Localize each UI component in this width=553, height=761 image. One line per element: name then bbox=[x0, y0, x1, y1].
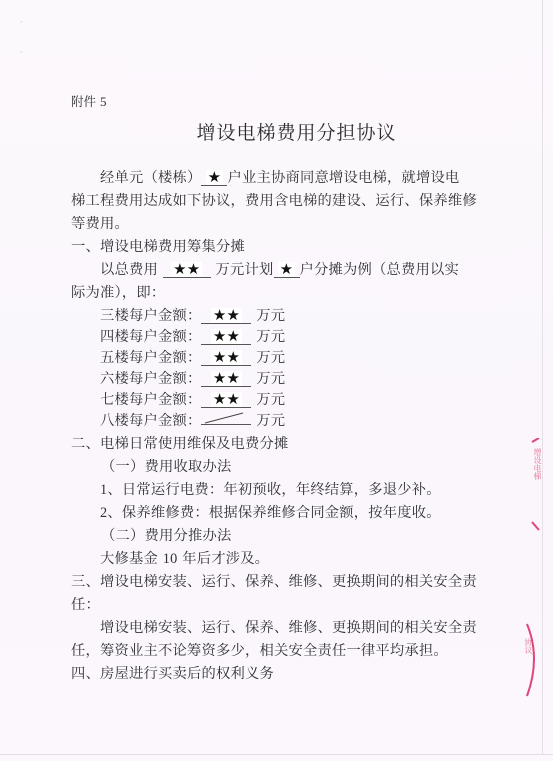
redacted-value: ★★ bbox=[211, 308, 242, 323]
intro-text: 经单元（楼栋） bbox=[100, 170, 201, 186]
floor-amount-row: 八楼每户金额： 万元 bbox=[100, 410, 285, 430]
seal-arc-icon bbox=[525, 620, 541, 700]
units-blank: ★ bbox=[201, 170, 227, 186]
seal-text: 增设电梯 bbox=[532, 448, 543, 480]
section-2-sub-1: （一）费用收取办法 bbox=[101, 456, 231, 476]
unit-label: 万元 bbox=[256, 413, 285, 429]
page-edge-right bbox=[542, 0, 543, 755]
section-2-item-1: 1、日常运行电费：年初预收，年终结算，多退少补。 bbox=[100, 479, 441, 499]
unit-label: 万元 bbox=[256, 308, 285, 324]
floor-label: 三楼每户金额： bbox=[100, 308, 201, 324]
amount-blank: ★★ bbox=[201, 392, 251, 408]
households-blank: ★ bbox=[274, 262, 300, 278]
item-text: 、日常运行电费：年初预收，年终结算，多退少补。 bbox=[107, 482, 440, 498]
intro-text: 户业主协商同意增设电梯，就增设电 bbox=[227, 170, 459, 186]
section-1-example-line-2: 际为准），即： bbox=[71, 282, 165, 302]
section-3-heading-line-1: 三、增设电梯安装、运行、保养、维修、更换期间的相关安全责 bbox=[71, 571, 477, 591]
redacted-value: ★★ bbox=[171, 262, 202, 277]
amount-blank: ★★ bbox=[201, 308, 251, 324]
attachment-text: 附件 bbox=[71, 94, 96, 109]
scan-speck: · bbox=[20, 48, 23, 57]
intro-line-1: 经单元（楼栋）★户业主协商同意增设电梯，就增设电 bbox=[100, 167, 459, 187]
unit-label: 万元 bbox=[256, 329, 285, 345]
section-1-example-line-1: 以总费用 ★★ 万元计划★户分摊为例（总费用以实 bbox=[100, 259, 459, 279]
section-1-heading: 一、增设电梯费用筹集分摊 bbox=[71, 236, 245, 256]
section-3-body-line-2: 任，筹资业主不论筹资多少，相关安全责任一律平均承担。 bbox=[71, 640, 448, 660]
seal-stamp-bottom: 协议 bbox=[525, 620, 541, 700]
example-text: 户分摊为例（总费用以实 bbox=[300, 262, 459, 278]
seal-stamp-top: 增设电梯 bbox=[529, 438, 543, 538]
seal-text: 协议 bbox=[523, 638, 534, 654]
floor-amount-row: 四楼每户金额：★★ 万元 bbox=[100, 326, 285, 346]
fund-text: 大修基金 bbox=[100, 551, 158, 567]
redacted-value: ★★ bbox=[211, 371, 242, 386]
total-cost-blank: ★★ bbox=[163, 262, 211, 278]
attachment-label: 附件 5 bbox=[71, 92, 107, 110]
section-4-heading: 四、房屋进行买卖后的权利义务 bbox=[71, 663, 274, 683]
intro-line-2: 梯工程费用达成如下协议，费用含电梯的建设、运行、保养维修 bbox=[71, 190, 477, 210]
item-text: 、保养维修费：根据保养维修合同金额，按年度收。 bbox=[107, 505, 440, 521]
unit-label: 万元 bbox=[256, 371, 285, 387]
section-2-heading: 二、电梯日常使用维保及电费分摊 bbox=[71, 433, 288, 453]
floor-label: 四楼每户金额： bbox=[100, 329, 201, 345]
floor-label: 六楼每户金额： bbox=[100, 371, 201, 387]
floor-label: 五楼每户金额： bbox=[100, 350, 201, 366]
section-2-item-2: 2、保养维修费：根据保养维修合同金额，按年度收。 bbox=[100, 502, 441, 522]
floor-amount-row: 三楼每户金额：★★ 万元 bbox=[100, 305, 285, 325]
amount-blank: ★★ bbox=[201, 350, 251, 366]
example-text: 以总费用 bbox=[100, 262, 158, 278]
redacted-value: ★★ bbox=[211, 392, 242, 407]
redacted-value: ★★ bbox=[211, 350, 242, 365]
redacted-value: ★ bbox=[278, 262, 296, 277]
scan-speck: · bbox=[20, 18, 23, 27]
example-text: 万元计划 bbox=[216, 262, 274, 278]
redacted-value: ★ bbox=[206, 170, 224, 185]
unit-label: 万元 bbox=[256, 350, 285, 366]
floor-amount-row: 七楼每户金额：★★ 万元 bbox=[100, 389, 285, 409]
floor-label: 八楼每户金额： bbox=[100, 413, 201, 429]
attachment-number: 5 bbox=[100, 94, 107, 109]
section-3-body-line-1: 增设电梯安装、运行、保养、维修、更换期间的相关安全责 bbox=[100, 617, 477, 637]
section-2-fund-note: 大修基金 10 年后才涉及。 bbox=[100, 548, 269, 568]
floor-label: 七楼每户金额： bbox=[100, 392, 201, 408]
floor-amount-row: 六楼每户金额：★★ 万元 bbox=[100, 368, 285, 388]
fund-text: 年后才涉及。 bbox=[182, 551, 269, 567]
section-2-sub-2: （二）费用分推办法 bbox=[101, 525, 231, 545]
amount-blank: ★★ bbox=[201, 329, 251, 345]
redacted-value: ★★ bbox=[211, 329, 242, 344]
unit-label: 万元 bbox=[256, 392, 285, 408]
fund-years: 10 bbox=[163, 551, 178, 567]
strike-mark-icon bbox=[201, 410, 251, 424]
document-title: 增设电梯费用分担协议 bbox=[0, 118, 553, 145]
intro-line-3: 等费用。 bbox=[71, 213, 129, 233]
page-edge-bottom bbox=[0, 754, 553, 755]
amount-blank-struck bbox=[201, 410, 251, 425]
amount-blank: ★★ bbox=[201, 371, 251, 387]
section-3-heading-line-2: 任： bbox=[71, 594, 100, 614]
floor-amount-row: 五楼每户金额：★★ 万元 bbox=[100, 347, 285, 367]
scanned-page: · · 附件 5 增设电梯费用分担协议 经单元（楼栋）★户业主协商同意增设电梯，… bbox=[0, 0, 553, 761]
